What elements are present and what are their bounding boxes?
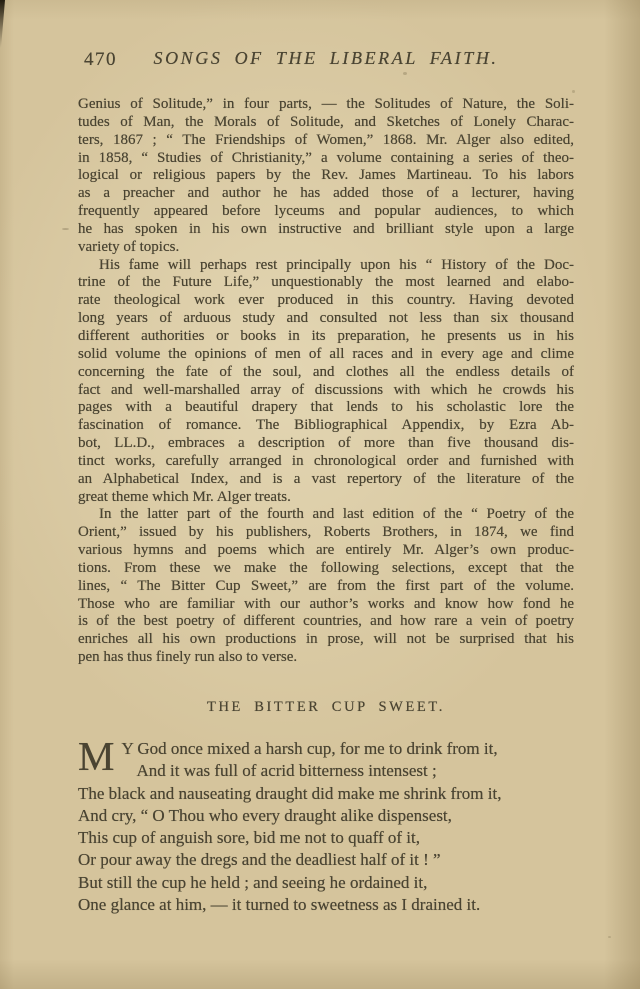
prose-line: he has spoken in his own instructive and…: [78, 221, 574, 239]
prose-line: long years of arduous study and consulte…: [78, 310, 574, 328]
paper-speck: [62, 228, 69, 230]
poem-line: This cup of anguish sore, bid me not to …: [78, 827, 600, 849]
prose-line: enriches all his own productions in pros…: [78, 631, 574, 649]
prose-line: tinct works, carefully arranged in chron…: [78, 453, 574, 471]
prose-line: is of the best poetry of different count…: [78, 613, 574, 631]
prose-line: pages with a beautiful drapery that lend…: [78, 399, 574, 417]
prose-line: great theme which Mr. Alger treats.: [78, 489, 574, 507]
page-corner-shadow: [0, 0, 5, 48]
running-head: 470 SONGS OF THE LIBERAL FAITH.: [78, 48, 574, 74]
paragraph: His fame will perhaps rest principally u…: [78, 257, 574, 507]
book-page: 470 SONGS OF THE LIBERAL FAITH. Genius o…: [0, 0, 640, 989]
prose-section: Genius of Solitude,” in four parts, — th…: [78, 96, 574, 667]
prose-line: bot, LL.D., embraces a description of mo…: [78, 435, 574, 453]
poem-title: THE BITTER CUP SWEET.: [78, 699, 574, 716]
poem-line: And cry, “ O Thou who every draught alik…: [78, 805, 600, 827]
prose-line: an Alphabetical Index, and is a vast rep…: [78, 471, 574, 489]
prose-line: fascination of romance. The Bibliographi…: [78, 417, 574, 435]
prose-line: frequently appeared before lyceums and p…: [78, 203, 574, 221]
paragraph: In the latter part of the fourth and las…: [78, 506, 574, 667]
prose-line: various hymns and poems which are entire…: [78, 542, 574, 560]
paper-speck: [403, 72, 407, 75]
poem-line: Y God once mixed a harsh cup, for me to …: [78, 738, 600, 760]
paper-speck: [572, 90, 575, 93]
poem-line: But still the cup he held ; and seeing h…: [78, 872, 600, 894]
prose-line: different authorities or books in its pr…: [78, 328, 574, 346]
prose-line: logical or religious papers by the Rev. …: [78, 167, 574, 185]
prose-line: concerning the fate of the soul, and clo…: [78, 364, 574, 382]
prose-line: as a preacher and author he has added th…: [78, 185, 574, 203]
poem-line: Or pour away the dregs and the deadliest…: [78, 849, 600, 871]
poem: MY God once mixed a harsh cup, for me to…: [78, 738, 600, 916]
poem-line: The black and nauseating draught did mak…: [78, 783, 600, 805]
prose-line: Genius of Solitude,” in four parts, — th…: [78, 96, 574, 114]
prose-line: rate theological work ever produced in t…: [78, 292, 574, 310]
prose-line: ters, 1867 ; “ The Friendships of Women,…: [78, 132, 574, 150]
poem-line: One glance at him, — it turned to sweetn…: [78, 894, 600, 916]
running-head-title: SONGS OF THE LIBERAL FAITH.: [78, 48, 574, 69]
prose-line: solid volume the opinions of men of all …: [78, 346, 574, 364]
prose-line: tudes of Man, the Morals of Solitude, an…: [78, 114, 574, 132]
prose-line: in 1858, “ Studies of Christianity,” a v…: [78, 150, 574, 168]
prose-line: lines, “ The Bitter Cup Sweet,” are from…: [78, 578, 574, 596]
prose-line: trine of the Future Life,” unquestionabl…: [78, 274, 574, 292]
prose-line: pen has thus finely run also to verse.: [78, 649, 574, 667]
prose-line: Those who are familiar with our author’s…: [78, 596, 574, 614]
prose-line: Orient,” issued by his publishers, Rober…: [78, 524, 574, 542]
prose-line: His fame will perhaps rest principally u…: [78, 257, 574, 275]
prose-line: variety of topics.: [78, 239, 574, 257]
drop-cap: M: [78, 740, 114, 780]
paper-speck: [608, 936, 611, 938]
page-number: 470: [84, 49, 117, 71]
poem-line: And it was full of acrid bitterness inte…: [78, 760, 600, 782]
prose-line: In the latter part of the fourth and las…: [78, 506, 574, 524]
paragraph: Genius of Solitude,” in four parts, — th…: [78, 96, 574, 257]
prose-line: tions. From these we make the following …: [78, 560, 574, 578]
prose-line: fact and well-marshalled array of discus…: [78, 382, 574, 400]
